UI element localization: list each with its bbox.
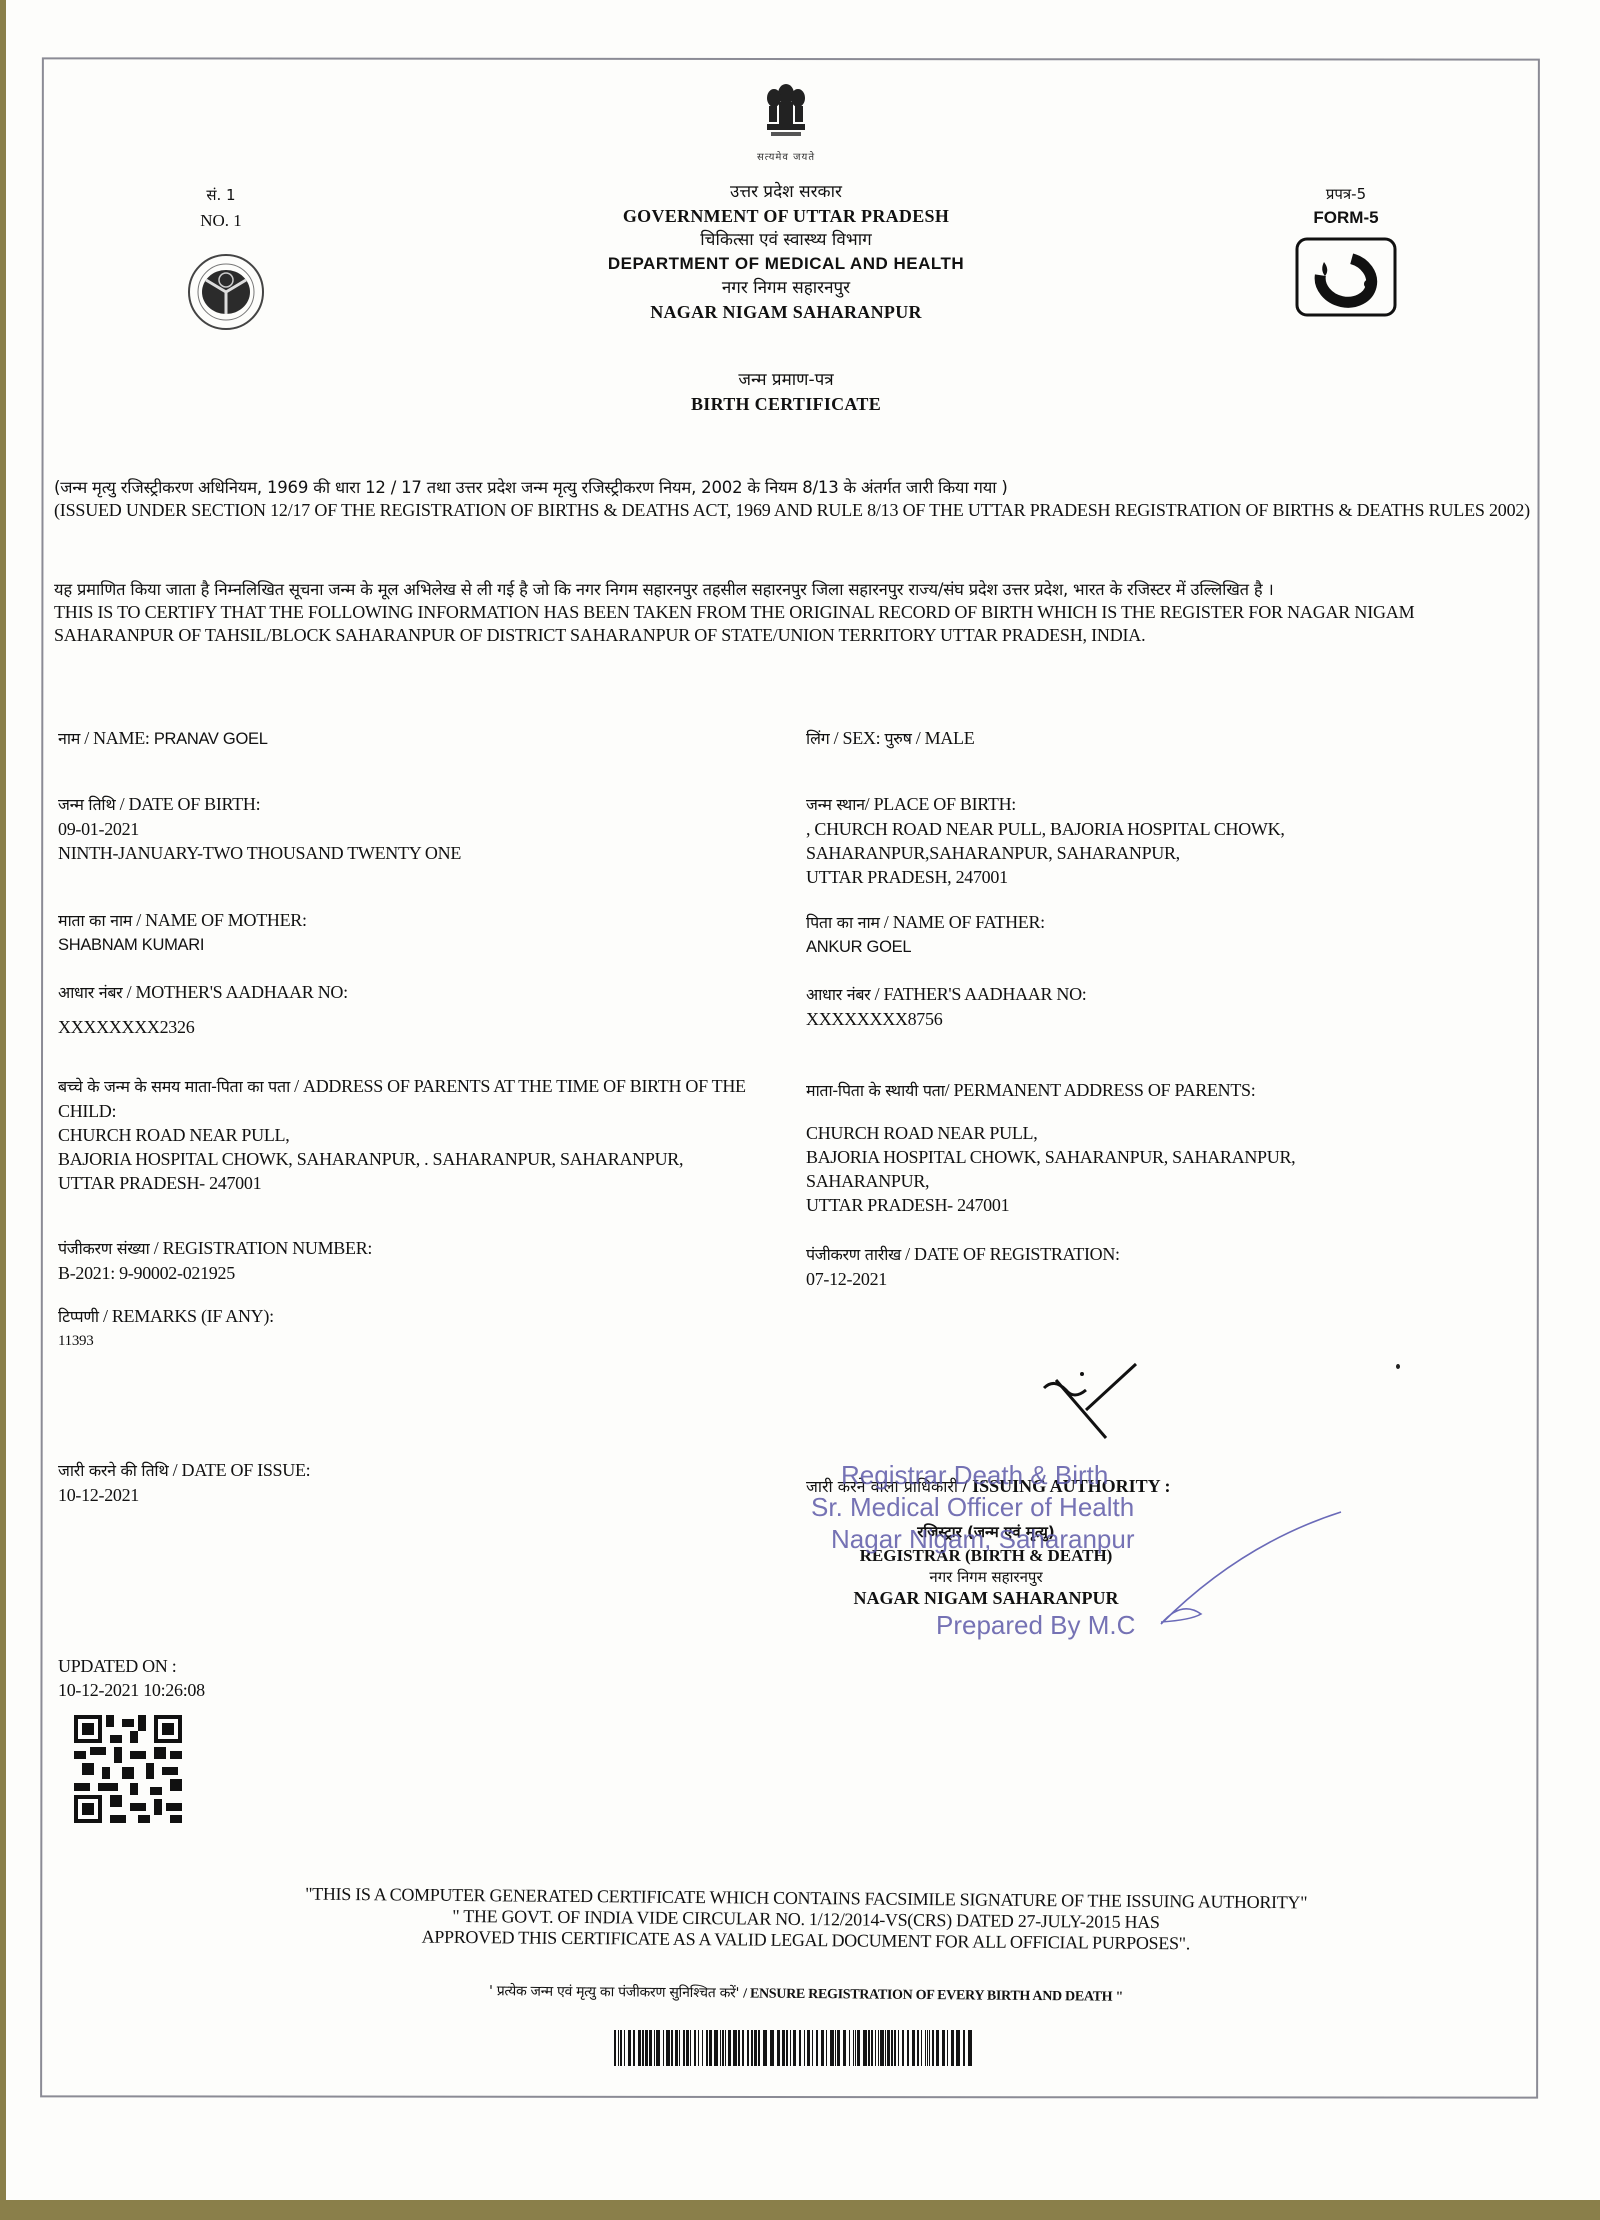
field-remarks: टिप्पणी / REMARKS (IF ANY): 11393 <box>58 1304 788 1353</box>
mother-label-en: / NAME OF MOTHER: <box>132 910 307 930</box>
up-government-seal-icon <box>172 252 280 332</box>
father-name-value: ANKUR GOEL <box>806 935 1506 959</box>
updated-on-label: UPDATED ON : <box>58 1654 788 1678</box>
remarks-label-hi: टिप्पणी <box>58 1307 99 1326</box>
name-value: PRANAV GOEL <box>154 730 268 748</box>
number-en: NO. 1 <box>176 208 266 234</box>
stamp-line-1: Registrar Death & Birth <box>841 1460 1108 1491</box>
mother-name-value: SHABNAM KUMARI <box>58 933 788 957</box>
stamp-line-2: Sr. Medical Officer of Health <box>811 1492 1134 1523</box>
perm-address-label-hi: माता-पिता के स्थायी पता <box>806 1081 945 1100</box>
form-number: प्रपत्र-5 FORM-5 <box>1286 182 1406 230</box>
father-aadhaar-label-hi: आधार नंबर <box>806 985 870 1004</box>
sex-value-hi: पुरुष <box>885 729 912 748</box>
sex-label-hi: लिंग <box>806 729 829 748</box>
father-aadhaar-label-en: / FATHER'S AADHAAR NO: <box>870 984 1086 1004</box>
remarks-label-en: / REMARKS (IF ANY): <box>99 1306 274 1326</box>
dob-label-hi: जन्म तिथि <box>58 795 115 814</box>
address-line: SAHARANPUR, <box>806 1169 1506 1193</box>
perm-address-label-en: / PERMANENT ADDRESS OF PARENTS: <box>945 1080 1256 1100</box>
address-line: BAJORIA HOSPITAL CHOWK, SAHARANPUR, . SA… <box>58 1147 788 1171</box>
field-registration-date: पंजीकरण तारीख / DATE OF REGISTRATION: 07… <box>806 1242 1506 1291</box>
field-mother-aadhaar: आधार नंबर / MOTHER'S AADHAAR NO: XXXXXXX… <box>58 980 788 1039</box>
pob-lines: , CHURCH ROAD NEAR PULL, BAJORIA HOSPITA… <box>806 817 1506 889</box>
signature-icon <box>1036 1360 1146 1450</box>
remarks-value: 11393 <box>58 1329 788 1353</box>
issued-en: (ISSUED UNDER SECTION 12/17 OF THE REGIS… <box>54 499 1536 522</box>
father-aadhaar-value: XXXXXXXX8756 <box>806 1007 1506 1031</box>
address-line: , CHURCH ROAD NEAR PULL, BAJORIA HOSPITA… <box>806 817 1506 841</box>
number-hi: सं. 1 <box>176 182 266 208</box>
state-govt-en: GOVERNMENT OF UTTAR PRADESH <box>526 204 1046 228</box>
certificate-number: सं. 1 NO. 1 <box>176 182 266 234</box>
body-en: NAGAR NIGAM SAHARANPUR <box>526 300 1046 324</box>
field-updated-on: UPDATED ON : 10-12-2021 10:26:08 <box>58 1654 788 1702</box>
issue-date-label-en: / DATE OF ISSUE: <box>168 1460 310 1480</box>
emblem-motto: सत्यमेव जयते <box>726 149 846 163</box>
field-address-at-birth: बच्चे के जन्म के समय माता-पिता का पता / … <box>58 1074 788 1195</box>
dob-value: 09-01-2021 <box>58 817 788 841</box>
address-birth-label-hi: बच्चे के जन्म के समय माता-पिता का पता <box>58 1077 290 1096</box>
reg-number-label-en: / REGISTRATION NUMBER: <box>150 1238 373 1258</box>
stamp-prepared-by: Prepared By M.C <box>936 1610 1135 1641</box>
field-father-name: पिता का नाम / NAME OF FATHER: ANKUR GOEL <box>806 910 1506 959</box>
crs-logo-icon <box>1294 236 1398 318</box>
father-label-en: / NAME OF FATHER: <box>880 912 1045 932</box>
certification-statement: यह प्रमाणित किया जाता है निम्नलिखित सूचन… <box>54 578 1536 647</box>
field-sex: लिंग / SEX: पुरुष / MALE <box>806 726 1506 751</box>
mother-aadhaar-value: XXXXXXXX2326 <box>58 1015 788 1039</box>
stamp-line-3: Nagar Nigam, Saharanpur <box>831 1524 1135 1555</box>
pob-label-en: / PLACE OF BIRTH: <box>865 794 1016 814</box>
address-line: CHURCH ROAD NEAR PULL, <box>806 1121 1506 1145</box>
form-hi: प्रपत्र-5 <box>1286 182 1406 206</box>
address-line: UTTAR PRADESH- 247001 <box>806 1193 1506 1217</box>
state-govt-hi: उत्तर प्रदेश सरकार <box>526 180 1046 204</box>
ashoka-emblem-icon <box>757 80 815 142</box>
field-date-of-issue: जारी करने की तिथि / DATE OF ISSUE: 10-12… <box>58 1458 788 1507</box>
perm-address-lines: CHURCH ROAD NEAR PULL,BAJORIA HOSPITAL C… <box>806 1121 1506 1217</box>
address-line: BAJORIA HOSPITAL CHOWK, SAHARANPUR, SAHA… <box>806 1145 1506 1169</box>
field-place-of-birth: जन्म स्थान/ PLACE OF BIRTH: , CHURCH ROA… <box>806 792 1506 889</box>
name-label-en: / NAME: <box>80 728 154 748</box>
address-line: CHURCH ROAD NEAR PULL, <box>58 1123 788 1147</box>
mother-label-hi: माता का नाम <box>58 911 132 930</box>
form-en: FORM-5 <box>1286 206 1406 230</box>
title-hi: जन्म प्रमाण-पत्र <box>526 368 1046 392</box>
qr-code-icon <box>74 1715 182 1823</box>
field-date-of-birth: जन्म तिथि / DATE OF BIRTH: 09-01-2021 NI… <box>58 792 788 865</box>
address-birth-lines: CHURCH ROAD NEAR PULL,BAJORIA HOSPITAL C… <box>58 1123 788 1195</box>
registrar-stamp: Registrar Death & Birth Sr. Medical Offi… <box>841 1460 1341 1660</box>
legal-disclaimer: "THIS IS A COMPUTER GENERATED CERTIFICAT… <box>166 1882 1447 1956</box>
reg-number-label-hi: पंजीकरण संख्या <box>58 1239 150 1258</box>
department-en: DEPARTMENT OF MEDICAL AND HEALTH <box>526 252 1046 276</box>
issued-under-statement: (जन्म मृत्यु रजिस्ट्रीकरण अधिनियम, 1969 … <box>54 476 1536 522</box>
department-hi: चिकित्सा एवं स्वास्थ्य विभाग <box>526 228 1046 252</box>
mother-aadhaar-label-en: / MOTHER'S AADHAAR NO: <box>122 982 347 1002</box>
issue-date-label-hi: जारी करने की तिथि <box>58 1461 168 1480</box>
mother-aadhaar-label-hi: आधार नंबर <box>58 983 122 1002</box>
reg-date-value: 07-12-2021 <box>806 1267 1506 1291</box>
address-line: SAHARANPUR,SAHARANPUR, SAHARANPUR, <box>806 841 1506 865</box>
stamp-initial-icon <box>1121 1504 1351 1634</box>
reg-date-label-en: / DATE OF REGISTRATION: <box>901 1244 1120 1264</box>
father-label-hi: पिता का नाम <box>806 913 880 932</box>
dob-words: NINTH-JANUARY-TWO THOUSAND TWENTY ONE <box>58 841 788 865</box>
certify-en: THIS IS TO CERTIFY THAT THE FOLLOWING IN… <box>54 601 1536 647</box>
reg-number-value: B-2021: 9-90002-021925 <box>58 1261 788 1285</box>
slogan-en: / ENSURE REGISTRATION OF EVERY BIRTH AND… <box>743 1986 1123 2004</box>
address-line: UTTAR PRADESH- 247001 <box>58 1171 788 1195</box>
field-name: नाम / NAME: PRANAV GOEL <box>58 726 788 751</box>
sex-label-en: / SEX: <box>829 728 884 748</box>
updated-on-value: 10-12-2021 10:26:08 <box>58 1678 788 1702</box>
field-father-aadhaar: आधार नंबर / FATHER'S AADHAAR NO: XXXXXXX… <box>806 982 1506 1031</box>
pob-label-hi: जन्म स्थान <box>806 795 865 814</box>
dob-label-en: / DATE OF BIRTH: <box>115 794 260 814</box>
body-hi: नगर निगम सहारनपुर <box>526 276 1046 300</box>
slogan-hi: ' प्रत्येक जन्म एवं मृत्यु का पंजीकरण सु… <box>489 1983 743 2001</box>
issuer-header: उत्तर प्रदेश सरकार GOVERNMENT OF UTTAR P… <box>526 180 1046 324</box>
sex-value-en: / MALE <box>912 728 975 748</box>
national-emblem: सत्यमेव जयते <box>726 80 846 163</box>
name-label-hi: नाम <box>58 729 80 748</box>
title-en: BIRTH CERTIFICATE <box>526 392 1046 416</box>
certify-hi: यह प्रमाणित किया जाता है निम्नलिखित सूचन… <box>54 578 1536 601</box>
reg-date-label-hi: पंजीकरण तारीख <box>806 1245 901 1264</box>
barcode-icon <box>614 2030 978 2066</box>
issued-hi: (जन्म मृत्यु रजिस्ट्रीकरण अधिनियम, 1969 … <box>54 476 1536 499</box>
field-mother-name: माता का नाम / NAME OF MOTHER: SHABNAM KU… <box>58 908 788 957</box>
field-permanent-address: माता-पिता के स्थायी पता/ PERMANENT ADDRE… <box>806 1078 1506 1217</box>
address-line: UTTAR PRADESH, 247001 <box>806 865 1506 889</box>
document-title: जन्म प्रमाण-पत्र BIRTH CERTIFICATE <box>526 368 1046 416</box>
certificate-page: सत्यमेव जयते सं. 1 NO. 1 प्रपत्र-5 FORM-… <box>6 0 1600 2200</box>
issue-date-value: 10-12-2021 <box>58 1483 788 1507</box>
field-registration-number: पंजीकरण संख्या / REGISTRATION NUMBER: B-… <box>58 1236 788 1285</box>
